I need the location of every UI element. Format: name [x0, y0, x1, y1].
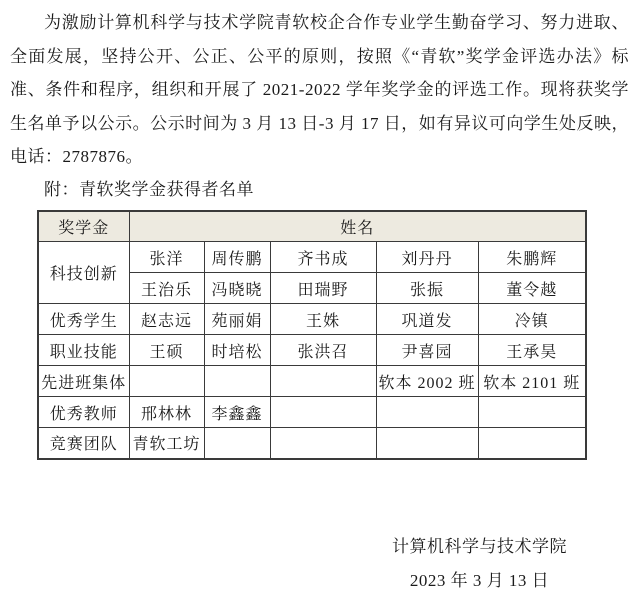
table-header-scholarship: 奖学金: [38, 211, 129, 242]
winner-cell: [270, 397, 376, 428]
signature-date: 2023 年 3 月 13 日: [392, 570, 567, 592]
table-row: 优秀教师 邢林林 李鑫鑫: [38, 397, 586, 428]
winner-cell: [204, 366, 270, 397]
winner-cell: 赵志远: [129, 304, 204, 335]
winner-cell: 张洪召: [270, 335, 376, 366]
signature-block: 计算机科学与技术学院 2023 年 3 月 13 日: [392, 536, 567, 592]
winner-cell: [129, 366, 204, 397]
winner-cell: [376, 428, 478, 459]
winner-cell: 刘丹丹: [376, 242, 478, 273]
winner-cell: 软本 2101 班: [478, 366, 586, 397]
table-row: 科技创新 张洋 周传鹏 齐书成 刘丹丹 朱鹏辉: [38, 242, 586, 273]
category-cell-excellent-teacher: 优秀教师: [38, 397, 129, 428]
category-cell-excellent-student: 优秀学生: [38, 304, 129, 335]
winner-cell: [478, 428, 586, 459]
table-header-row: 奖学金 姓名: [38, 211, 586, 242]
winner-cell: [204, 428, 270, 459]
table-row: 先进班集体 软本 2002 班 软本 2101 班: [38, 366, 586, 397]
table-row: 职业技能 王硕 时培松 张洪召 尹喜园 王承昊: [38, 335, 586, 366]
winner-cell: 董令越: [478, 273, 586, 304]
winner-cell: 齐书成: [270, 242, 376, 273]
winner-cell: 李鑫鑫: [204, 397, 270, 428]
winner-cell: 王治乐: [129, 273, 204, 304]
winner-cell: 王承昊: [478, 335, 586, 366]
category-cell-advanced-class: 先进班集体: [38, 366, 129, 397]
award-winners-table: 奖学金 姓名 科技创新 张洋 周传鹏 齐书成 刘丹丹 朱鹏辉 王治乐 冯晓晓 田…: [37, 210, 587, 460]
winner-cell: 时培松: [204, 335, 270, 366]
winner-cell: 软本 2002 班: [376, 366, 478, 397]
winner-cell: 田瑞野: [270, 273, 376, 304]
winner-cell: 张洋: [129, 242, 204, 273]
winner-cell: 邢林林: [129, 397, 204, 428]
winner-cell: 青软工坊: [129, 428, 204, 459]
table-header-name: 姓名: [129, 211, 586, 242]
document-page: 为激励计算机科学与技术学院青软校企合作专业学生勤奋学习、努力进取、全面发展，坚持…: [0, 6, 639, 603]
winner-cell: [478, 397, 586, 428]
winner-cell: 朱鹏辉: [478, 242, 586, 273]
winner-cell: 冷镇: [478, 304, 586, 335]
winner-cell: 苑丽娟: [204, 304, 270, 335]
attachment-note: 附：青软奖学金获得者名单: [10, 176, 629, 203]
signature-department: 计算机科学与技术学院: [392, 536, 567, 558]
winner-cell: 周传鹏: [204, 242, 270, 273]
category-cell-competition-team: 竞赛团队: [38, 428, 129, 459]
winner-cell: [270, 366, 376, 397]
winner-cell: [270, 428, 376, 459]
winner-cell: 尹喜园: [376, 335, 478, 366]
winner-cell: 王硕: [129, 335, 204, 366]
winner-cell: 王姝: [270, 304, 376, 335]
winner-cell: [376, 397, 478, 428]
winner-cell: 冯晓晓: [204, 273, 270, 304]
table-row: 优秀学生 赵志远 苑丽娟 王姝 巩道发 冷镇: [38, 304, 586, 335]
winner-cell: 巩道发: [376, 304, 478, 335]
category-cell-tech-innovation: 科技创新: [38, 242, 129, 304]
category-cell-vocational-skill: 职业技能: [38, 335, 129, 366]
winner-cell: 张振: [376, 273, 478, 304]
announcement-paragraph: 为激励计算机科学与技术学院青软校企合作专业学生勤奋学习、努力进取、全面发展，坚持…: [10, 6, 629, 174]
table-row: 竞赛团队 青软工坊: [38, 428, 586, 459]
